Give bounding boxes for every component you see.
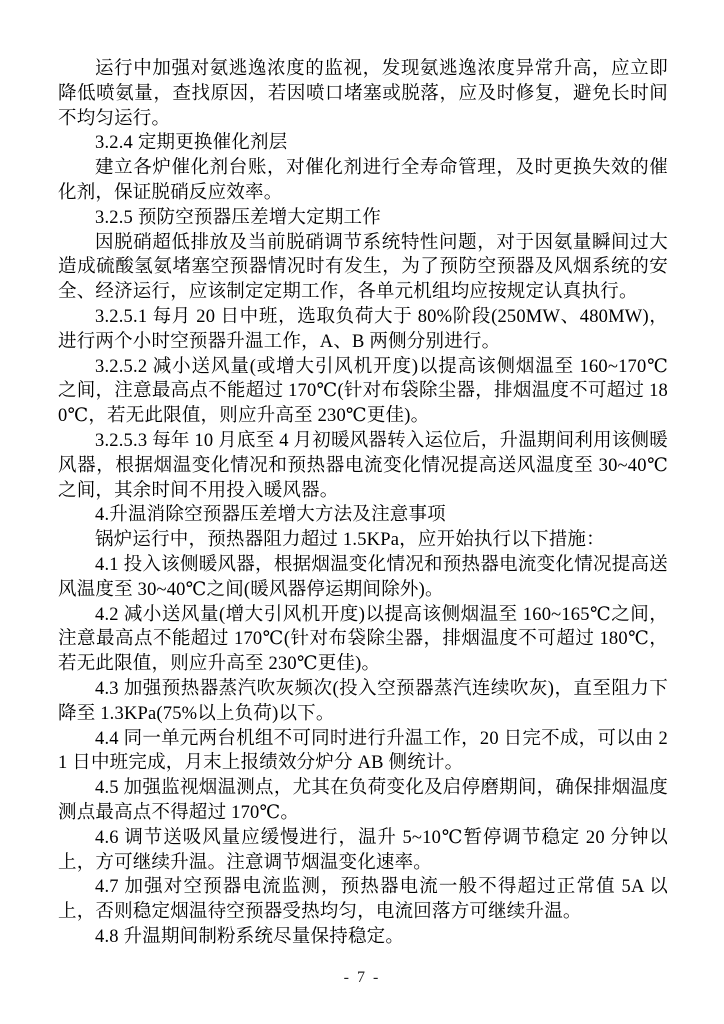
- para-4-4: 4.4 同一单元两台机组不可同时进行升温工作，20 日完不成，可以由 21 日中…: [58, 727, 668, 777]
- heading-3-2-4: 3.2.4 定期更换催化剂层: [58, 131, 668, 156]
- page-number: - 7 -: [0, 968, 724, 988]
- heading-3-2-5: 3.2.5 预防空预器压差增大定期工作: [58, 206, 668, 231]
- document-body: 运行中加强对氨逃逸浓度的监视，发现氨逃逸浓度异常升高，应立即降低喷氨量，查找原因…: [58, 57, 668, 950]
- para-4-3: 4.3 加强预热器蒸汽吹灰频次(投入空预器蒸汽连续吹灰)，直至阻力下降至 1.3…: [58, 677, 668, 727]
- para-4-7: 4.7 加强对空预器电流监测，预热器电流一般不得超过正常值 5A 以上，否则稳定…: [58, 875, 668, 925]
- para-4-6: 4.6 调节送吸风量应缓慢进行，温升 5~10℃暂停调节稳定 20 分钟以上，方…: [58, 826, 668, 876]
- para-4-1: 4.1 投入该侧暖风器，根据烟温变化情况和预热器电流变化情况提高送风温度至 30…: [58, 553, 668, 603]
- para-ammonia-escape-monitoring: 运行中加强对氨逃逸浓度的监视，发现氨逃逸浓度异常升高，应立即降低喷氨量，查找原因…: [58, 57, 668, 131]
- para-4-8: 4.8 升温期间制粉系统尽量保持稳定。: [58, 925, 668, 950]
- para-4-2: 4.2 减小送风量(增大引风机开度)以提高该侧烟温至 160~165℃之间，注意…: [58, 603, 668, 677]
- para-3-2-5-3: 3.2.5.3 每年 10 月底至 4 月初暖风器转入运位后，升温期间利用该侧暖…: [58, 429, 668, 503]
- para-3-2-5-1: 3.2.5.1 每月 20 日中班，选取负荷大于 80%阶段(250MW、480…: [58, 305, 668, 355]
- document-page: 运行中加强对氨逃逸浓度的监视，发现氨逃逸浓度异常升高，应立即降低喷氨量，查找原因…: [0, 0, 724, 1024]
- para-3-2-5-2: 3.2.5.2 减小送风量(或增大引风机开度)以提高该侧烟温至 160~170℃…: [58, 355, 668, 429]
- para-boiler-measures-intro: 锅炉运行中，预热器阻力超过 1.5KPa，应开始执行以下措施：: [58, 528, 668, 553]
- para-catalyst-ledger: 建立各炉催化剂台账，对催化剂进行全寿命管理，及时更换失效的催化剂，保证脱硝反应效…: [58, 156, 668, 206]
- para-4-5: 4.5 加强监视烟温测点，尤其在负荷变化及启停磨期间，确保排烟温度测点最高点不得…: [58, 776, 668, 826]
- heading-4: 4.升温消除空预器压差增大方法及注意事项: [58, 503, 668, 528]
- para-denitration-background: 因脱硝超低排放及当前脱硝调节系统特性问题，对于因氨量瞬间过大造成硫酸氢氨堵塞空预…: [58, 231, 668, 305]
